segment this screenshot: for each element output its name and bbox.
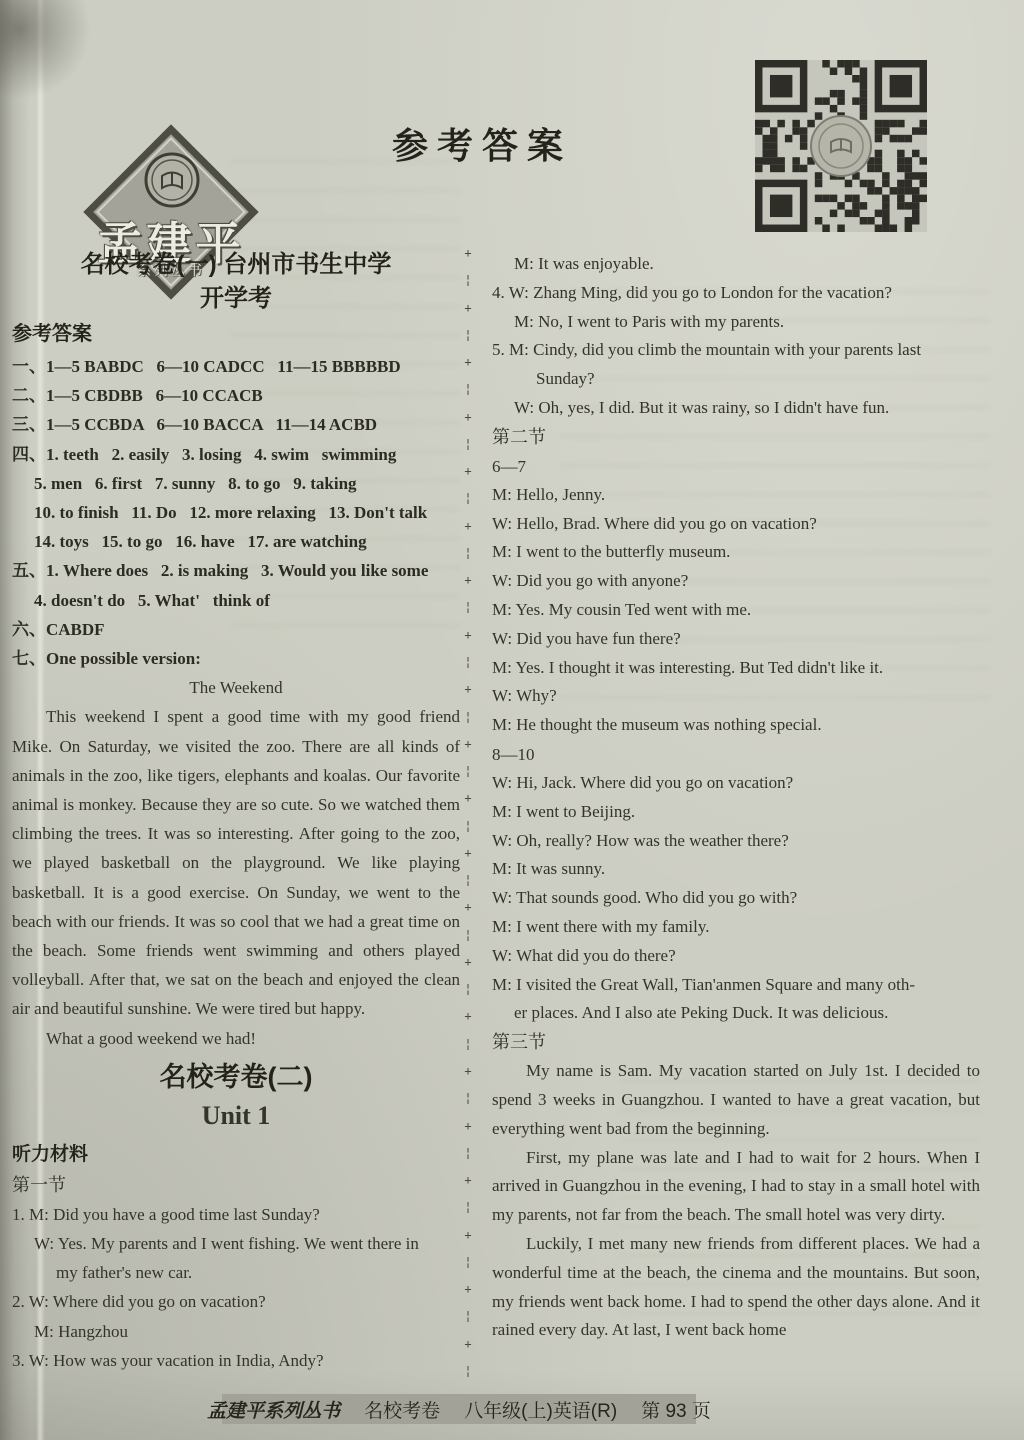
divider-plus-icon: + [464, 1011, 471, 1021]
divider-plus-icon: ¦ [464, 548, 471, 558]
divider-plus-icon: ¦ [464, 1093, 471, 1103]
page-background: 孟建平 系列丛书 参考答案 +¦+¦+¦+¦+¦+¦+¦+¦+¦+¦+¦+¦+¦… [0, 0, 1024, 1440]
listening-passage: My name is Sam. My vacation started on J… [492, 1057, 980, 1345]
divider-plus-icon: + [464, 521, 471, 531]
text-line: 3. W: How was your vacation in India, An… [12, 1346, 460, 1375]
answers-heading: 参考答案 [12, 316, 460, 352]
text-line: my father's new car. [12, 1258, 460, 1287]
text-line: First, my plane was late and I had to wa… [492, 1144, 980, 1230]
text-line: 1. M: Did you have a good time last Sund… [12, 1200, 460, 1229]
text-line: W: Did you have fun there? [492, 625, 980, 654]
divider-plus-icon: ¦ [464, 766, 471, 776]
exam1-title: 名校考卷(一) 台州市书生中学 [12, 248, 460, 282]
listening-heading: 听力材料 [12, 1139, 460, 1171]
dialog-8-10: W: Hi, Jack. Where did you go on vacatio… [492, 769, 980, 1028]
divider-plus-icon: + [464, 1121, 471, 1131]
text-line: M: He thought the museum was nothing spe… [492, 711, 980, 740]
divider-plus-icon: + [464, 1230, 471, 1240]
footer-edition: 八年级(上)英语(R) [464, 1396, 617, 1423]
text-line: M: It was sunny. [492, 855, 980, 884]
right-column: M: It was enjoyable.4. W: Zhang Ming, di… [492, 250, 980, 1345]
divider-plus-icon: + [464, 466, 471, 476]
text-line: 六、CABDF [12, 615, 460, 644]
text-line: 5. M: Cindy, did you climb the mountain … [492, 336, 980, 365]
logo-seal-icon [144, 152, 200, 208]
divider-plus-icon: ¦ [464, 657, 471, 667]
left-column: 名校考卷(一) 台州市书生中学 开学考 参考答案 一、1—5 BABDC 6—1… [12, 248, 460, 1375]
brand-logo: 孟建平 系列丛书 [40, 60, 225, 245]
text-line: 2. W: Where did you go on vacation? [12, 1287, 460, 1316]
text-line: M: I went to the butterfly museum. [492, 538, 980, 567]
text-line: Luckily, I met many new friends from dif… [492, 1230, 980, 1345]
qr-code [755, 60, 927, 232]
divider-plus-icon: ¦ [464, 1311, 471, 1321]
exam1-subtitle: 开学考 [12, 282, 460, 316]
text-line: W: What did you do there? [492, 942, 980, 971]
text-line: What a good weekend we had! [12, 1024, 460, 1053]
text-line: W: That sounds good. Who did you go with… [492, 884, 980, 913]
divider-plus-icon: ¦ [464, 1039, 471, 1049]
text-line: W: Why? [492, 682, 980, 711]
divider-plus-icon: + [464, 1284, 471, 1294]
text-line: M: Yes. My cousin Ted went with me. [492, 596, 980, 625]
divider-plus-icon: ¦ [464, 821, 471, 831]
divider-plus-icon: + [464, 902, 471, 912]
footer-page-number: 第 93 页 [641, 1396, 711, 1423]
divider-plus-icon: ¦ [464, 384, 471, 394]
essay-title: The Weekend [12, 673, 460, 702]
divider-plus-icon: + [464, 1066, 471, 1076]
text-line: W: Hello, Brad. Where did you go on vaca… [492, 510, 980, 539]
divider-plus-icon: + [464, 303, 471, 313]
text-line: 4. W: Zhang Ming, did you go to London f… [492, 279, 980, 308]
divider-plus-icon: ¦ [464, 602, 471, 612]
text-line: W: Did you go with anyone? [492, 567, 980, 596]
section-3-label: 第三节 [492, 1028, 980, 1057]
answers-block: 一、1—5 BABDC 6—10 CADCC 11—15 BBBBBD二、1—5… [12, 352, 460, 673]
divider-plus-icon: ¦ [464, 1257, 471, 1267]
section-1-label: 第一节 [12, 1171, 460, 1200]
dialog-8-10-label: 8—10 [492, 740, 980, 769]
exam2-title: 名校考卷(二) [12, 1057, 460, 1097]
text-line: 4. doesn't do 5. What' think of [12, 586, 460, 615]
divider-plus-icon: + [464, 848, 471, 858]
text-line: This weekend I spent a good time with my… [12, 702, 460, 1023]
dialog-6-7: M: Hello, Jenny.W: Hello, Brad. Where di… [492, 481, 980, 740]
text-line: My name is Sam. My vacation started on J… [492, 1057, 980, 1143]
page-title: 参考答案 [392, 118, 572, 169]
text-line: W: Hi, Jack. Where did you go on vacatio… [492, 769, 980, 798]
text-line: W: Oh, yes, I did. But it was rainy, so … [492, 394, 980, 423]
text-line: 三、1—5 CCBDA 6—10 BACCA 11—14 ACBD [12, 410, 460, 439]
divider-plus-icon: + [464, 248, 471, 258]
text-line: 四、1. teeth 2. easily 3. losing 4. swim s… [12, 440, 460, 469]
divider-plus-icon: ¦ [464, 930, 471, 940]
divider-plus-icon: ¦ [464, 875, 471, 885]
text-line: M: Hangzhou [12, 1317, 460, 1346]
divider-plus-icon: ¦ [464, 1148, 471, 1158]
text-line: M: I went there with my family. [492, 913, 980, 942]
divider-plus-icon: + [464, 793, 471, 803]
text-line: M: Yes. I thought it was interesting. Bu… [492, 654, 980, 683]
divider-plus-icon: ¦ [464, 1202, 471, 1212]
divider-plus-icon: ¦ [464, 984, 471, 994]
section-2-label: 第二节 [492, 423, 980, 452]
section-1-dialogue: 1. M: Did you have a good time last Sund… [12, 1200, 460, 1375]
divider-plus-icon: + [464, 684, 471, 694]
text-line: 五、1. Where does 2. is making 3. Would yo… [12, 556, 460, 585]
divider-plus-icon: + [464, 412, 471, 422]
divider-plus-icon: + [464, 739, 471, 749]
text-line: M: I visited the Great Wall, Tian'anmen … [492, 971, 980, 1000]
text-line: 一、1—5 BABDC 6—10 CADCC 11—15 BBBBBD [12, 352, 460, 381]
divider-plus-icon: + [464, 357, 471, 367]
text-line: W: Oh, really? How was the weather there… [492, 827, 980, 856]
text-line: M: Hello, Jenny. [492, 481, 980, 510]
footer-series: 名校考卷 [364, 1396, 440, 1423]
section-1-dialogue-cont: M: It was enjoyable.4. W: Zhang Ming, di… [492, 250, 980, 423]
divider-plus-icon: + [464, 1175, 471, 1185]
text-line: M: It was enjoyable. [492, 250, 980, 279]
divider-plus-icon: ¦ [464, 712, 471, 722]
text-line: 10. to finish 11. Do 12. more relaxing 1… [12, 498, 460, 527]
divider-plus-icon: ¦ [464, 330, 471, 340]
footer-bar: 孟建平系列丛书 名校考卷 八年级(上)英语(R) 第 93 页 [222, 1394, 696, 1424]
footer-brand: 孟建平系列丛书 [207, 1396, 340, 1423]
exam2-unit: Unit 1 [12, 1097, 460, 1135]
text-line: W: Yes. My parents and I went fishing. W… [12, 1229, 460, 1258]
divider-plus-icon: ¦ [464, 275, 471, 285]
text-line: 七、One possible version: [12, 644, 460, 673]
divider-plus-icon: ¦ [464, 493, 471, 503]
divider-plus-icon: ¦ [464, 1366, 471, 1376]
text-line: 14. toys 15. to go 16. have 17. are watc… [12, 527, 460, 556]
text-line: Sunday? [492, 365, 980, 394]
divider-plus-icon: + [464, 630, 471, 640]
text-line: er places. And I also ate Peking Duck. I… [492, 999, 980, 1028]
column-divider: +¦+¦+¦+¦+¦+¦+¦+¦+¦+¦+¦+¦+¦+¦+¦+¦+¦+¦+¦+¦… [460, 248, 476, 1376]
divider-plus-icon: + [464, 957, 471, 967]
text-line: 二、1—5 CBDBB 6—10 CCACB [12, 381, 460, 410]
dialog-6-7-label: 6—7 [492, 452, 980, 481]
divider-plus-icon: + [464, 1339, 471, 1349]
text-line: M: I went to Beijing. [492, 798, 980, 827]
divider-plus-icon: ¦ [464, 439, 471, 449]
essay-body: This weekend I spent a good time with my… [12, 702, 460, 1052]
divider-plus-icon: + [464, 575, 471, 585]
text-line: M: No, I went to Paris with my parents. [492, 308, 980, 337]
text-line: 5. men 6. first 7. sunny 8. to go 9. tak… [12, 469, 460, 498]
